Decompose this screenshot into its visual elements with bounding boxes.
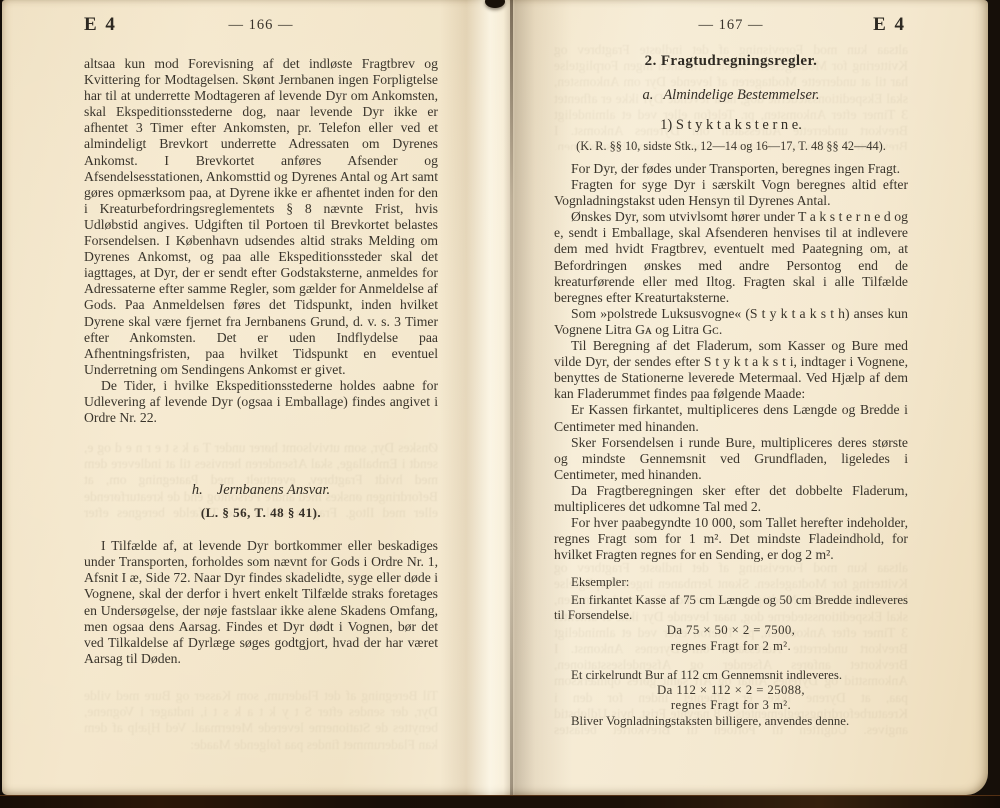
- example-intro: En firkantet Kasse af 75 cm Længde og 50…: [554, 593, 908, 624]
- subsection-name: Almindelige Bestemmelser.: [663, 87, 819, 103]
- book-paper: Ønskes Dyr, som utvivlsomt hører under T…: [2, 0, 988, 795]
- section-reference: (L. § 56, T. 48 § 41).: [84, 505, 438, 521]
- example-calculation: Da 112 × 112 × 2 = 25088,: [554, 683, 908, 698]
- paragraph: Er Kassen firkantet, multipliceres dens …: [554, 402, 908, 434]
- book-scan: Ønskes Dyr, som utvivlsomt hører under T…: [0, 0, 1000, 808]
- section-title: Jernbanens Ansvar.: [217, 482, 330, 498]
- example-result: regnes Fragt for 2 m².: [554, 639, 908, 654]
- paragraph: Som »polstrede Luksusvogne« (S t y k t a…: [554, 306, 908, 338]
- right-page-number: — 167 —: [554, 17, 908, 34]
- example-calculation: Da 75 × 50 × 2 = 7500,: [554, 623, 908, 638]
- paragraph: Fragten for syge Dyr i særskilt Vogn ber…: [554, 177, 908, 209]
- left-page: E 4 — 166 — altsaa kun mod Forevisning a…: [84, 14, 438, 667]
- paragraph: For Dyr, der fødes under Transporten, be…: [554, 161, 908, 177]
- section-body: I Tilfælde af, at levende Dyr bortkommer…: [84, 538, 438, 667]
- chapter-title: 2. Fragtudregningsregler.: [554, 53, 908, 70]
- paragraph: Ønskes Dyr, som utvivlsomt hører under T…: [554, 209, 908, 306]
- left-page-header: E 4 — 166 —: [84, 14, 438, 40]
- paragraph: For hver paabegyndte 10 000, som Tallet …: [554, 515, 908, 563]
- section-letter: h.: [192, 482, 203, 498]
- paragraph: Til Beregning af det Fladerum, som Kasse…: [554, 338, 908, 402]
- paragraph: I Tilfælde af, at levende Dyr bortkommer…: [84, 538, 438, 667]
- examples-block: Eksempler: En firkantet Kasse af 75 cm L…: [554, 575, 908, 729]
- bleed-through-text: Til Beregning af det Fladerum, som Kasse…: [84, 688, 438, 754]
- spacer: [554, 654, 908, 668]
- example-result: regnes Fragt for 3 m².: [554, 698, 908, 713]
- page-gutter-shadow: [440, 0, 572, 795]
- paragraph: Da Fragtberegningen sker efter det dobbe…: [554, 483, 908, 515]
- examples-label: Eksempler:: [554, 575, 908, 590]
- paragraph: altsaa kun mod Forevisning af det indløs…: [84, 56, 438, 378]
- right-edition-mark: E 4: [873, 14, 906, 36]
- section-jernbanens-ansvar: h.Jernbanens Ansvar. (L. § 56, T. 48 § 4…: [84, 482, 438, 521]
- left-page-number: — 166 —: [84, 17, 438, 34]
- paragraph: Sker Forsendelsen i runde Bure, multipli…: [554, 435, 908, 483]
- example-intro: Et cirkelrundt Bur af 112 cm Gennemsnit …: [554, 668, 908, 683]
- gutter-crease-line: [510, 0, 513, 795]
- subsection-title: a.Almindelige Bestemmelser.: [554, 87, 908, 104]
- right-page-header: — 167 — E 4: [554, 14, 908, 40]
- subsection-letter: a.: [642, 87, 653, 103]
- rule-reference: (K. R. §§ 10, sidste Stk., 12—14 og 16—1…: [554, 139, 908, 154]
- right-page: — 167 — E 4 2. Fragtudregningsregler. a.…: [554, 14, 908, 729]
- examples-closing: Bliver Vognladningstaksten billigere, an…: [554, 714, 908, 729]
- book-bottom-edge: [0, 795, 1000, 808]
- right-page-body: For Dyr, der fødes under Transporten, be…: [554, 161, 908, 563]
- rule-heading: 1) S t y k t a k s t e r n e.: [554, 117, 908, 134]
- left-page-body: altsaa kun mod Forevisning af det indløs…: [84, 56, 438, 426]
- paragraph: De Tider, i hvilke Ekspeditionsstederne …: [84, 378, 438, 426]
- section-heading: h.Jernbanens Ansvar.: [84, 482, 438, 499]
